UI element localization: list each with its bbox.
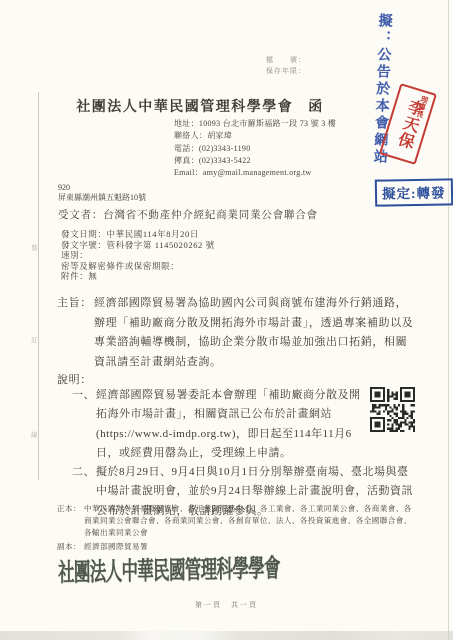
attachment: 附件：無	[61, 271, 215, 282]
recipient-address: 屏東縣潮州鎮五魁路10號	[58, 192, 318, 203]
archive-fields: 檔 號： 保存年限：	[266, 55, 306, 77]
issue-date: 發文日期：中華民國114年8月20日	[61, 229, 215, 240]
qr-code	[370, 387, 415, 432]
binding-mark-xian: 線	[31, 430, 38, 439]
recipient-block: 920 屏東縣潮州鎮五魁路10號 受文者：台灣省不動產仲介經紀商業同業公會聯合會	[58, 183, 318, 222]
forward-approval-stamp: 擬定:轉發	[375, 178, 453, 206]
retention-label: 保存年限：	[266, 66, 306, 77]
binding-mark-ding: 訂	[31, 335, 38, 344]
explanation-item-1: 一、 經濟部國際貿易署委託本會辦理「補助廠商分散及開拓海外市場計畫」，相關資訊已…	[72, 386, 415, 463]
scanned-official-letter: 裝 訂 線 檔 號： 保存年限： 擬：公告於本會網站 理事長 李天保 擬定:轉發…	[0, 0, 453, 640]
contact-fax: 傳真：(02)3343-5422	[174, 155, 336, 167]
doc-type-letter: 函	[308, 100, 324, 115]
item-number: 一、	[72, 386, 96, 463]
scan-artifact-band	[0, 631, 453, 640]
issuer-calligraphic-signature: 社團法人中華民國管理科學學會	[58, 548, 280, 589]
cc-label: 副本：	[57, 541, 84, 553]
subject-label: 主旨：	[57, 294, 94, 372]
page-edge-line	[448, 0, 449, 640]
distribution-block: 正本： 中華民國對外貿易發展協會、各工業區服務中心、各工業會、各工業同業公會、各…	[57, 503, 415, 553]
document-meta: 發文日期：中華民國114年8月20日 發文字號：管科發字第 1145020262…	[61, 229, 215, 282]
subject-text: 經濟部國際貿易署為協助國內公司與商號布建海外行銷通路，辦理「補助廠商分散及開拓海…	[94, 294, 415, 372]
explanation-label: 說明：	[57, 371, 92, 387]
issuer-name: 社團法人中華民國管理科學學會	[76, 100, 293, 115]
archive-no-label: 檔 號：	[266, 55, 306, 66]
recipient-zip: 920	[58, 183, 318, 192]
original-copy-row: 正本： 中華民國對外貿易發展協會、各工業區服務中心、各工業會、各工業同業公會、各…	[57, 503, 415, 540]
contact-block: 地址：10093 台北市羅斯福路一段 73 號 3 樓 聯絡人：胡家瑋 電話：(…	[174, 118, 336, 179]
recipient-name: 受文者：台灣省不動產仲介經紀商業同業公會聯合會	[58, 207, 318, 222]
item-text: 經濟部國際貿易署委託本會辦理「補助廠商分散及開拓海外市場計畫」，相關資訊已公布於…	[96, 386, 415, 463]
contact-person: 聯絡人：胡家瑋	[174, 130, 336, 142]
contact-phone: 電話：(02)3343-1190	[174, 143, 336, 155]
document-title: 社團法人中華民國管理科學學會函	[0, 96, 400, 116]
contact-email: Email：amy@mail.management.org.tw	[174, 167, 336, 179]
subject-section: 主旨： 經濟部國際貿易署為協助國內公司與商號布建海外行銷通路，辦理「補助廠商分散…	[57, 294, 415, 372]
binding-mark-zhuang: 裝	[31, 243, 38, 252]
original-recipients: 中華民國對外貿易發展協會、各工業區服務中心、各工業會、各工業同業公會、各商業會、…	[84, 503, 415, 540]
contact-address: 地址：10093 台北市羅斯福路一段 73 號 3 樓	[174, 118, 336, 130]
stamp-name-text: 李天保	[391, 96, 428, 151]
speed-class: 速別：	[61, 250, 215, 261]
explanation-items: 一、 經濟部國際貿易署委託本會辦理「補助廠商分散及開拓海外市場計畫」，相關資訊已…	[72, 386, 415, 521]
page-number: 第一頁 共一頁	[0, 600, 453, 610]
binding-line-left	[38, 92, 39, 480]
doc-number: 發文字號：管科發字第 1145020262 號	[61, 240, 215, 251]
original-label: 正本：	[57, 503, 84, 540]
security-class: 密等及解密條件或保密期限：	[61, 261, 215, 272]
